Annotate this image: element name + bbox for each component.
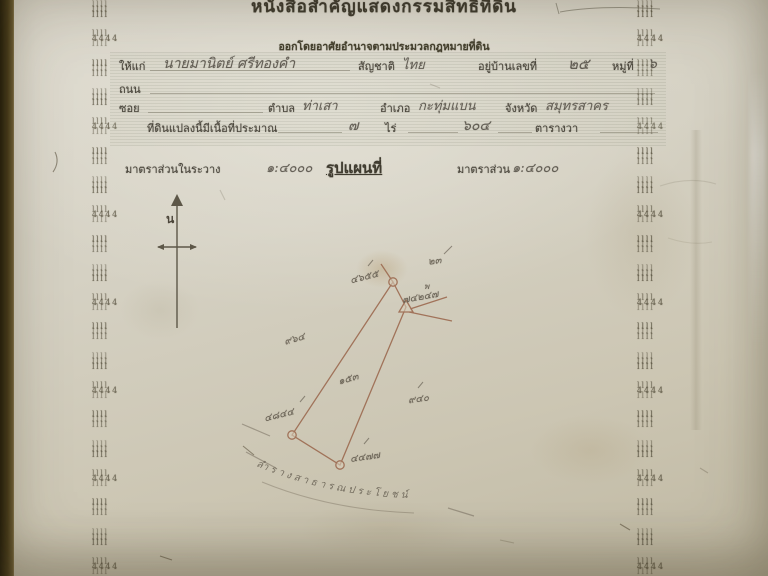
border-ornament-cluster: llllllllllll (92, 412, 118, 427)
field-label-given-to: ให้แก่ (119, 57, 145, 75)
field-value-area-wa: ๖๐๔ (462, 115, 490, 137)
field-value-province: สมุทรสาคร (545, 95, 608, 116)
field-label-nationality: สัญชาติ (358, 57, 395, 75)
fill-line (148, 112, 263, 113)
document-title: หนังสือสำคัญแสดงกรรมสิทธิ์ที่ดิน (90, 0, 678, 20)
border-ornament-cluster: llllllllllll (92, 354, 118, 369)
border-ornament-cluster: llllllllllll (92, 324, 118, 339)
fill-line (150, 93, 655, 94)
border-ornament-cluster: llllllllllll (92, 237, 118, 252)
border-ornament-cluster: llll4444llll (637, 559, 667, 574)
scale-value-left: ๑:๔๐๐๐ (266, 157, 312, 178)
border-ornament-cluster: llll4444llll (637, 295, 667, 310)
map-annotation: ๒๓ (427, 253, 442, 270)
border-ornament-cluster: llll4444llll (92, 207, 118, 222)
field-value-moo: ๖ (648, 53, 657, 75)
map-heading: รูปแผนที่ (326, 156, 382, 180)
field-value-recipient-name: นายมานิตย์ ศรีทองคำ (163, 53, 295, 75)
border-ornament-cluster: llllllllllll (92, 500, 118, 515)
border-ornament-cluster: llllllllllll (637, 412, 667, 427)
field-label-soi: ซอย (119, 99, 140, 117)
scale-label-left: มาตราส่วนในระวาง (125, 160, 221, 178)
field-label-province: จังหวัด (505, 99, 537, 117)
fill-line (150, 70, 350, 71)
field-value-amphoe: กะทุ่มแบน (418, 95, 476, 116)
field-value-area-rai: ๗ (348, 115, 359, 137)
field-label-area: ที่ดินแปลงนี้มีเนื้อที่ประมาณ (147, 119, 277, 137)
fill-line (600, 132, 658, 133)
border-ornament-cluster: llllllllllll (637, 530, 667, 545)
unit-label-rai: ไร่ (385, 119, 396, 137)
border-ornament-cluster: llllllllllll (92, 442, 118, 457)
north-label: น (166, 210, 174, 229)
field-label-road: ถนน (119, 80, 141, 98)
border-ornament-cluster: llll4444llll (92, 559, 118, 574)
border-ornament-cluster: llllllllllll (637, 237, 667, 252)
border-ornament-cluster: llll4444llll (637, 383, 667, 398)
border-ornament-cluster: llllllllllll (637, 266, 667, 281)
border-ornament-cluster: llll4444llll (637, 207, 667, 222)
map-annotation: ๙๔๐ (407, 391, 430, 409)
border-ornament-cluster: llllllllllll (92, 149, 118, 164)
field-label-amphoe: อำเภอ (380, 99, 410, 117)
border-ornament-cluster: llllllllllll (92, 530, 118, 545)
border-ornament-cluster: llllllllllll (637, 442, 667, 457)
field-label-house-no: อยู่บ้านเลขที่ (478, 57, 537, 75)
fill-line (498, 132, 532, 133)
field-value-house-no: ๒๕ (568, 52, 589, 76)
border-ornament-cluster: llll4444llll (92, 295, 118, 310)
fill-line (408, 132, 458, 133)
border-ornament-cluster: llllllllllll (637, 324, 667, 339)
paper-crease (690, 130, 702, 430)
unit-label-wa: ตารางวา (535, 119, 578, 137)
border-ornament-cluster: llllllllllll (92, 178, 118, 193)
frame-edge-left (0, 0, 14, 576)
border-ornament-cluster: llll4444llll (92, 383, 118, 398)
scale-value-right: ๑:๔๐๐๐ (512, 157, 558, 178)
field-label-tambon: ตำบล (268, 99, 295, 117)
border-ornament-cluster: llll4444llll (92, 471, 118, 486)
land-deed-photo: llllllllllllllll4444llllllllllllllllllll… (0, 0, 768, 576)
scale-label-right: มาตราส่วน (457, 160, 510, 178)
border-ornament-cluster: llll4444llll (637, 471, 667, 486)
field-value-tambon: ท่าเสา (302, 95, 338, 116)
photo-reflection (750, 70, 766, 350)
border-ornament-cluster: llllllllllll (637, 500, 667, 515)
field-label-moo: หมู่ที่ (612, 57, 634, 75)
border-ornament-cluster: llllllllllll (637, 354, 667, 369)
border-ornament-cluster: llllllllllll (637, 178, 667, 193)
border-ornament-cluster: llllllllllll (92, 266, 118, 281)
fill-line (278, 132, 342, 133)
border-ornament-cluster: llllllllllll (637, 149, 667, 164)
field-value-nationality: ไทย (402, 54, 425, 75)
